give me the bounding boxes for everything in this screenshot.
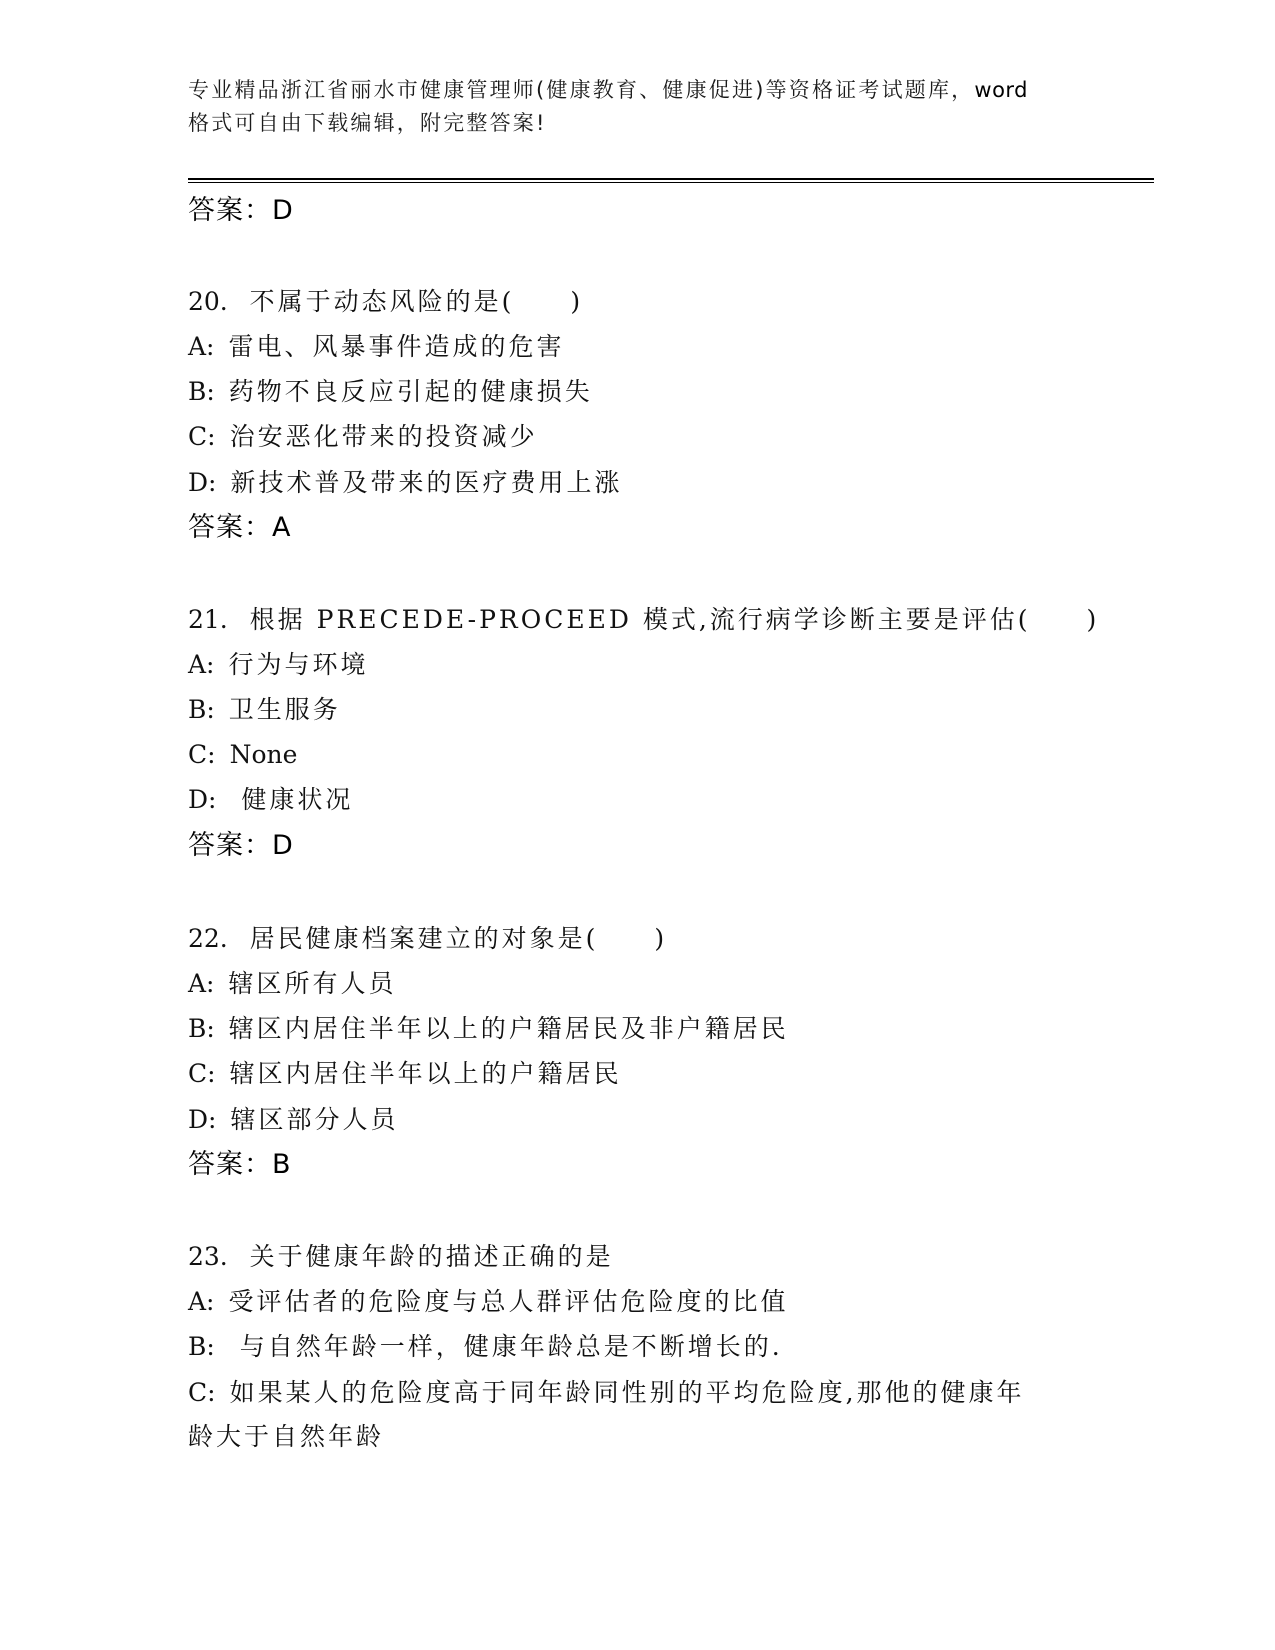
option-key: C: (188, 1059, 216, 1088)
option-key: B: (188, 1332, 215, 1361)
header-rule-thin (188, 182, 1154, 183)
option-b: B:药物不良反应引起的健康损失 (188, 376, 593, 408)
option-key: D: (188, 468, 216, 497)
question-text: 根据 PRECEDE-PROCEED 模式,流行病学诊断主要是评估( ) (250, 605, 1100, 634)
answer: 答案：A (188, 511, 291, 545)
question-number: 20. (188, 287, 228, 316)
option-text: 雷电、风暴事件造成的危害 (228, 332, 564, 361)
option-text: 受评估者的危险度与总人群评估危险度的比值 (228, 1287, 788, 1316)
option-d: D:新技术普及带来的医疗费用上涨 (188, 467, 622, 499)
answer: 答案：B (188, 1148, 292, 1182)
option-text: 新技术普及带来的医疗费用上涨 (230, 468, 622, 497)
header-rule-thick (188, 178, 1154, 180)
option-text: 如果某人的危险度高于同年龄同性别的平均危险度,那他的健康年 (230, 1378, 1025, 1407)
question-number: 21. (188, 605, 228, 634)
option-key: B: (188, 377, 215, 406)
question-text: 居民健康档案建立的对象是( ) (250, 924, 668, 953)
question-stem: 23. 关于健康年龄的描述正确的是 (188, 1241, 614, 1273)
option-key: B: (188, 1014, 215, 1043)
option-d: D: 健康状况 (188, 784, 353, 816)
question-text: 关于健康年龄的描述正确的是 (250, 1242, 614, 1271)
option-key: A: (188, 650, 214, 679)
option-text: 辖区部分人员 (230, 1105, 398, 1134)
header-line-2: 格式可自由下载编辑，附完整答案! (188, 107, 1088, 140)
option-c-continuation: 龄大于自然年龄 (188, 1421, 384, 1453)
option-key: D: (188, 785, 216, 814)
header-text: 专业精品浙江省丽水市健康管理师(健康教育、健康促进)等资格证考试题库， (188, 78, 974, 102)
question-stem: 20. 不属于动态风险的是( ) (188, 286, 583, 318)
option-text: 辖区所有人员 (228, 969, 396, 998)
option-a: A:受评估者的危险度与总人群评估危险度的比值 (188, 1286, 789, 1318)
option-c: C:治安恶化带来的投资减少 (188, 421, 538, 453)
document-header: 专业精品浙江省丽水市健康管理师(健康教育、健康促进)等资格证考试题库，word … (188, 74, 1088, 140)
option-key: C: (188, 1378, 216, 1407)
option-key: A: (188, 969, 214, 998)
question-stem: 21. 根据 PRECEDE-PROCEED 模式,流行病学诊断主要是评估( ) (188, 604, 1099, 636)
question-number: 22. (188, 924, 228, 953)
option-text: 行为与环境 (228, 650, 368, 679)
option-a: A:行为与环境 (188, 649, 369, 681)
option-a: A:辖区所有人员 (188, 968, 397, 1000)
option-key: A: (188, 1287, 214, 1316)
option-text: 药物不良反应引起的健康损失 (229, 377, 593, 406)
option-a: A:雷电、风暴事件造成的危害 (188, 331, 565, 363)
header-word-label: word (974, 78, 1028, 102)
question-text: 不属于动态风险的是( ) (250, 287, 584, 316)
option-key: C: (188, 740, 216, 769)
answer: 答案：D (188, 829, 294, 863)
header-line-1: 专业精品浙江省丽水市健康管理师(健康教育、健康促进)等资格证考试题库，word (188, 74, 1088, 107)
option-key: A: (188, 332, 214, 361)
option-c: C:None (188, 739, 297, 771)
option-text: 治安恶化带来的投资减少 (230, 422, 538, 451)
option-text: 健康状况 (230, 785, 353, 814)
option-c: C:如果某人的危险度高于同年龄同性别的平均危险度,那他的健康年 (188, 1377, 1025, 1409)
option-b: B:辖区内居住半年以上的户籍居民及非户籍居民 (188, 1013, 789, 1045)
option-key: C: (188, 422, 216, 451)
option-key: B: (188, 695, 215, 724)
option-b: B:卫生服务 (188, 694, 341, 726)
option-c: C:辖区内居住半年以上的户籍居民 (188, 1058, 622, 1090)
question-number: 23. (188, 1242, 228, 1271)
option-key: D: (188, 1105, 216, 1134)
option-text: 辖区内居住半年以上的户籍居民及非户籍居民 (229, 1014, 789, 1043)
option-text: 卫生服务 (229, 695, 341, 724)
option-text: 与自然年龄一样，健康年龄总是不断增长的. (229, 1332, 783, 1361)
option-text: None (230, 740, 298, 769)
question-stem: 22. 居民健康档案建立的对象是( ) (188, 923, 667, 955)
previous-answer: 答案：D (188, 194, 294, 228)
document-page: 专业精品浙江省丽水市健康管理师(健康教育、健康促进)等资格证考试题库，word … (0, 0, 1275, 1650)
option-text: 辖区内居住半年以上的户籍居民 (230, 1059, 622, 1088)
option-b: B: 与自然年龄一样，健康年龄总是不断增长的. (188, 1331, 783, 1363)
option-d: D:辖区部分人员 (188, 1104, 398, 1136)
